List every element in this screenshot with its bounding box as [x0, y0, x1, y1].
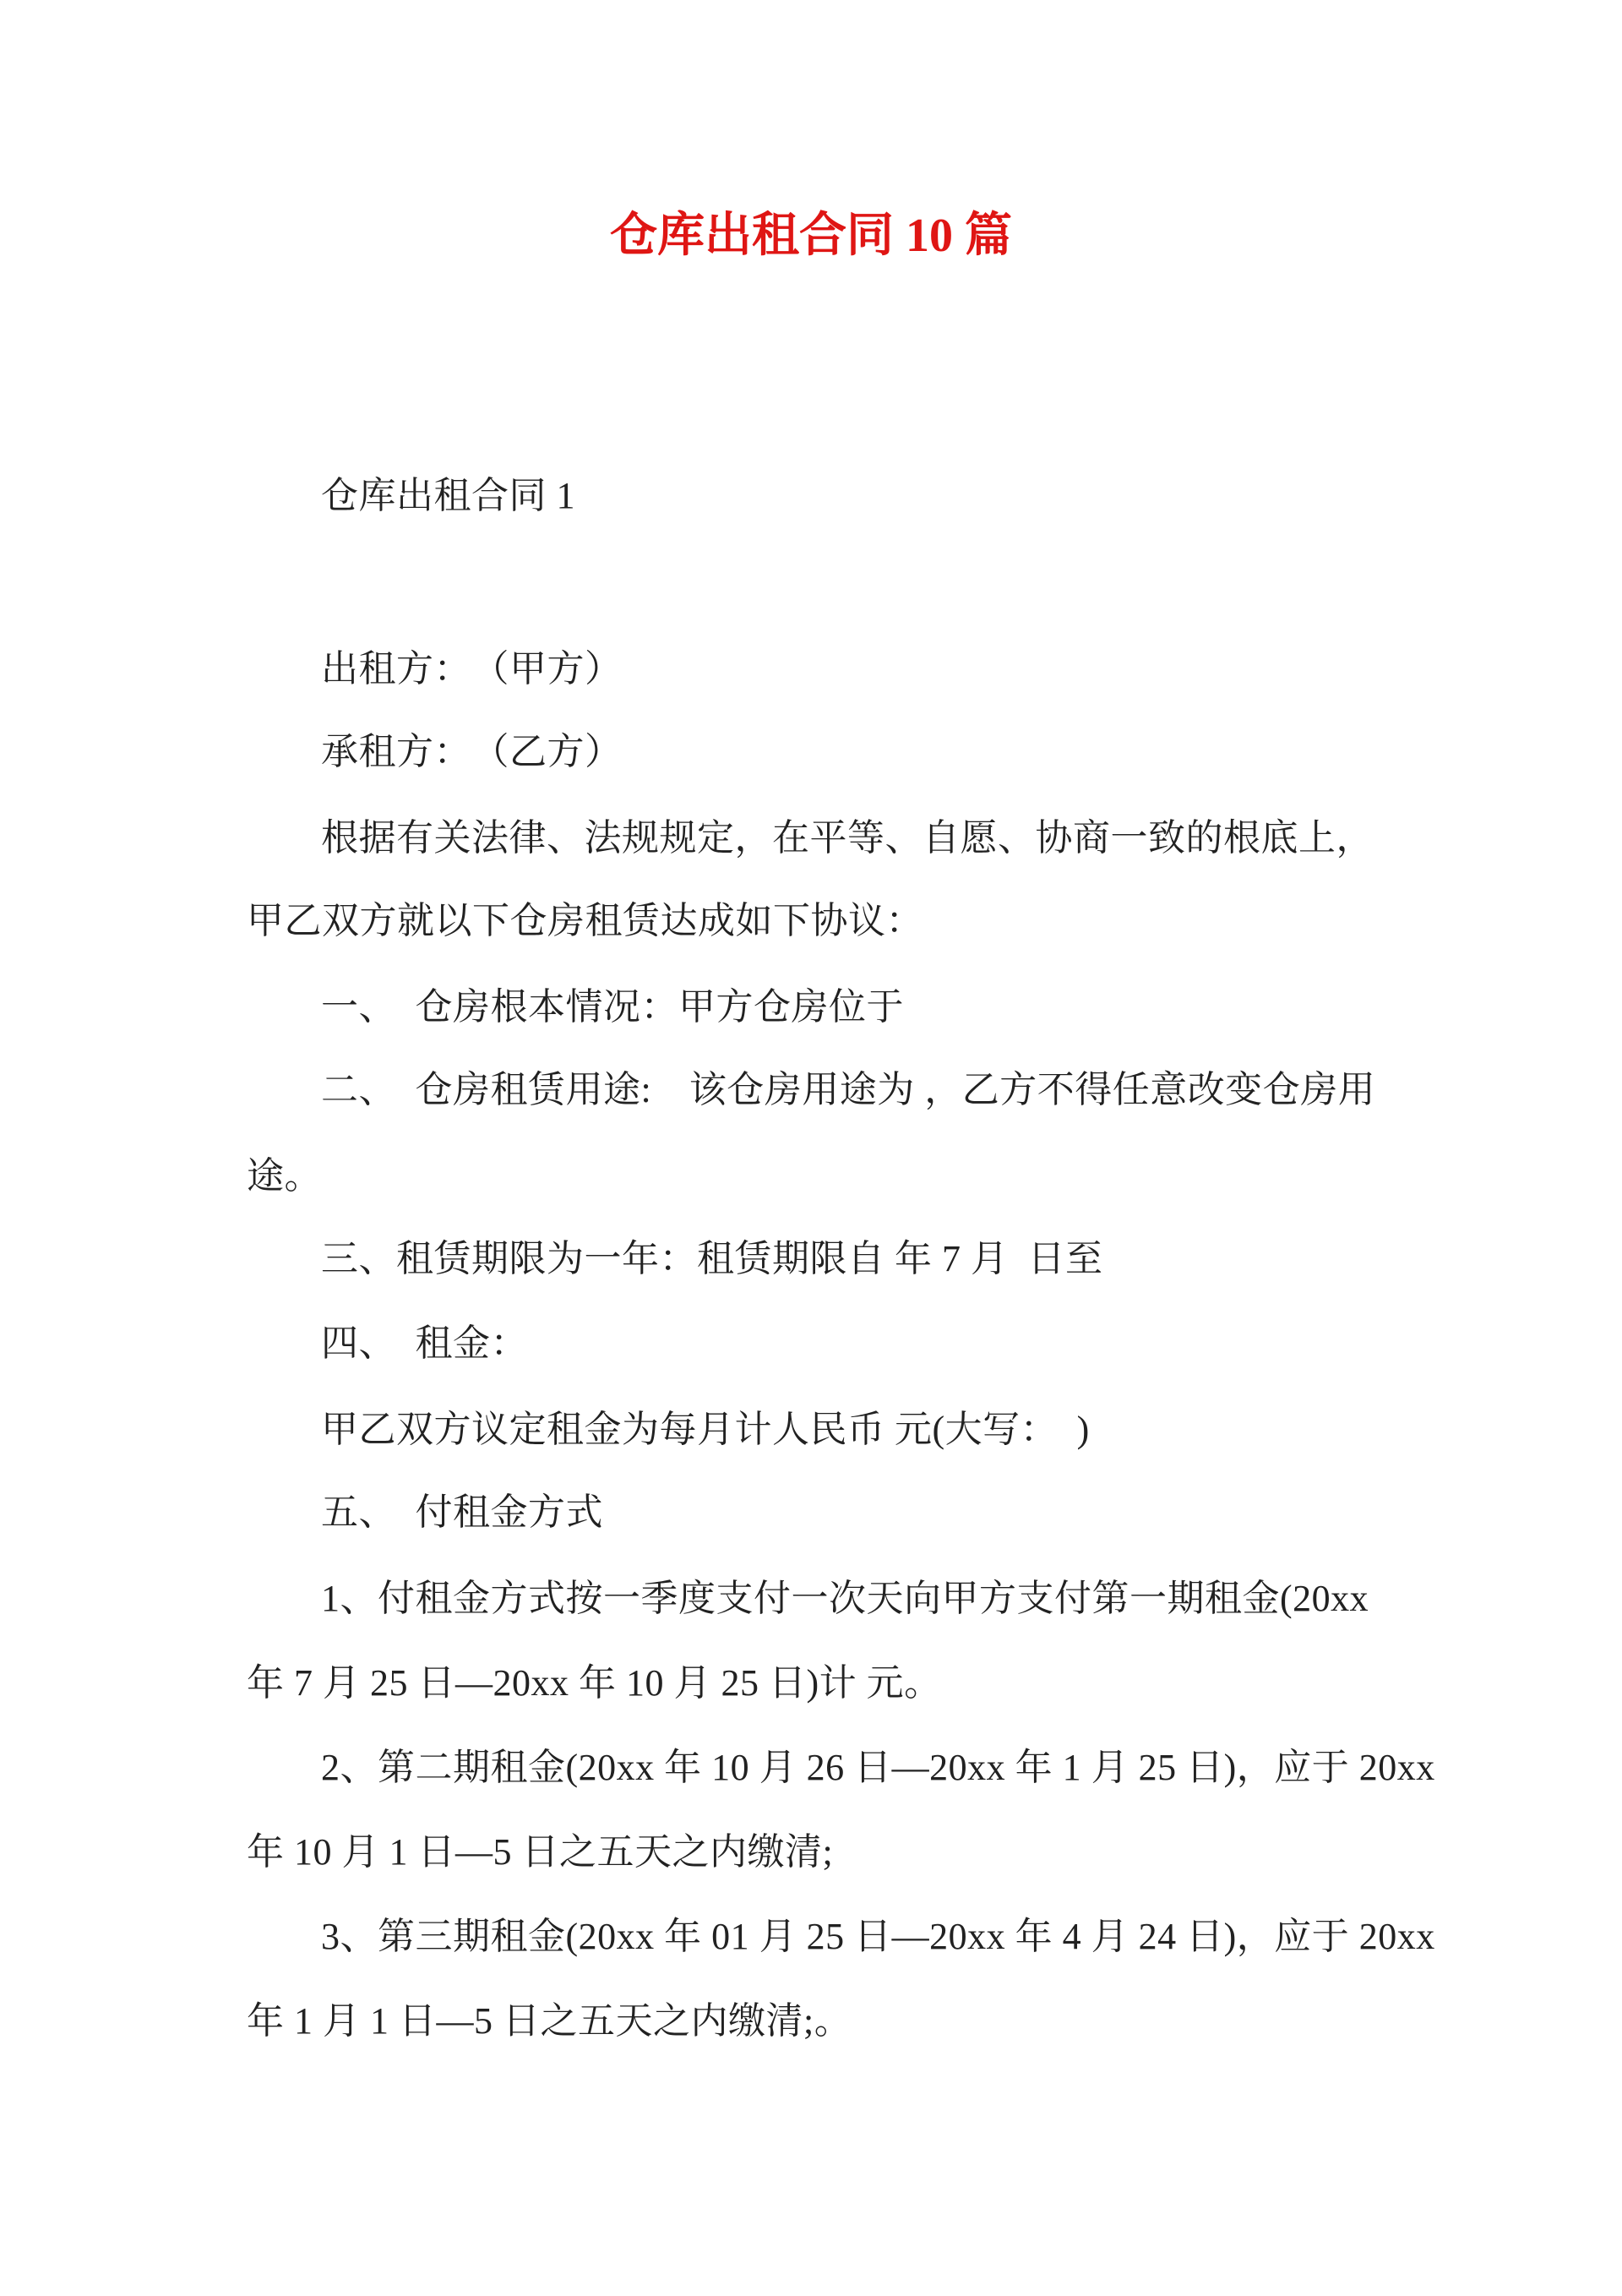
payment-item-2-line: 2、第二期租金(20xx 年 10 月 26 日—20xx 年 1 月 25 日… [321, 1748, 1435, 1788]
clause-2-continuation: 途。 [247, 1156, 322, 1197]
payment-item-2-continuation: 年 10 月 1 日—5 日之五天之内缴清; [247, 1832, 833, 1873]
clause-1-line: 一、 仓房根本情况：甲方仓房位于 [321, 987, 904, 1028]
preamble-line: 根据有关法律、法规规定，在平等、自愿、协商一致的根底上， [321, 818, 1374, 859]
clause-4-detail-line: 甲乙双方议定租金为每月计人民币 元(大写： ) [321, 1410, 1090, 1450]
clause-2-line: 二、 仓房租赁用途: 该仓房用途为 ，乙方不得任意改变仓房用 [321, 1070, 1375, 1110]
payment-item-3-continuation: 年 1 月 1 日—5 日之五天之内缴清;。 [247, 2001, 852, 2042]
payment-item-3-line: 3、第三期租金(20xx 年 01 月 25 日—20xx 年 4 月 24 日… [321, 1917, 1435, 1957]
clause-4-line: 四、 租金： [321, 1323, 528, 1364]
lessee-party-line: 承租方： （乙方） [321, 732, 623, 772]
contract-subtitle: 仓库出租合同 1 [321, 476, 575, 516]
payment-item-1-line: 1、付租金方式按一季度支付一次天向甲方支付第一期租金(20xx [321, 1579, 1369, 1619]
document-page: 仓库出租合同 10 篇 仓库出租合同 1 出租方： （甲方） 承租方： （乙方）… [0, 0, 1622, 2296]
preamble-line: 甲乙双方就以下仓房租赁达成如下协议： [247, 901, 923, 941]
document-title: 仓库出租合同 10 篇 [0, 210, 1622, 262]
lessor-party-line: 出租方： （甲方） [321, 649, 623, 690]
clause-3-line: 三、租赁期限为一年：租赁期限自 年 7 月 日至 [321, 1239, 1103, 1279]
payment-item-1-continuation: 年 7 月 25 日—20xx 年 10 月 25 日)计 元。 [247, 1663, 942, 1704]
clause-5-line: 五、 付租金方式 [321, 1492, 603, 1533]
